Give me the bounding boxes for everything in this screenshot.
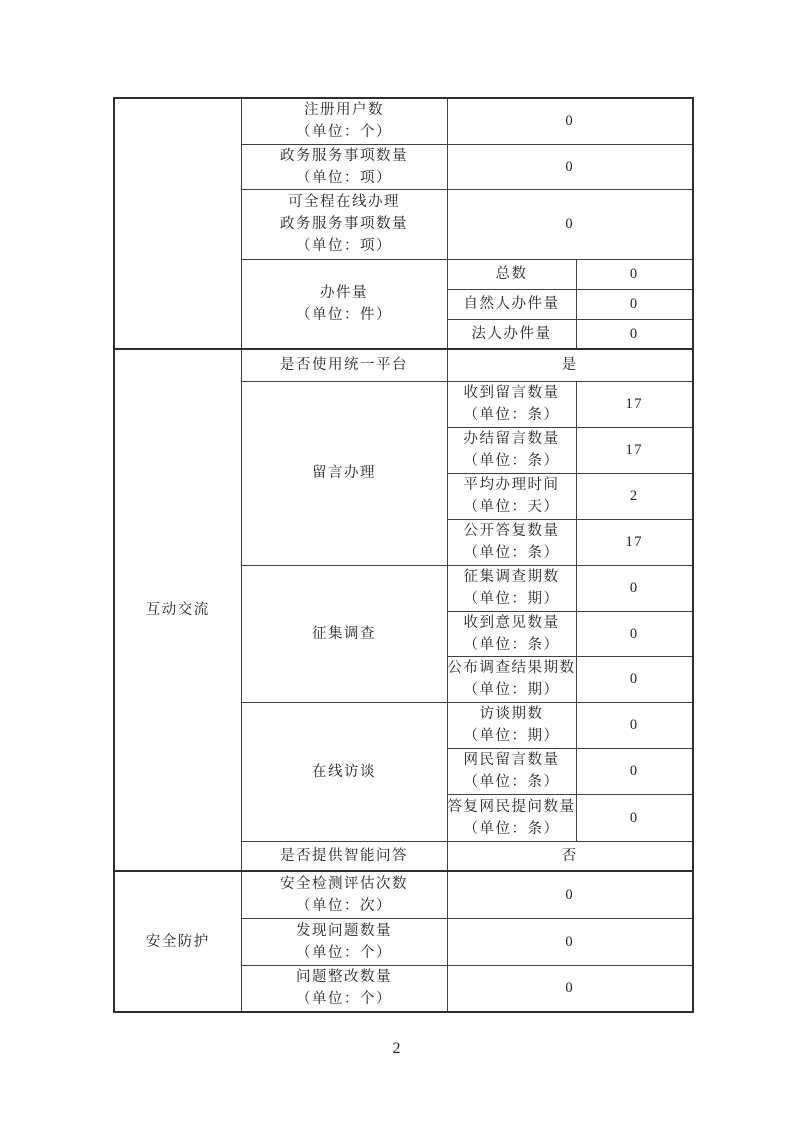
group-label-cell: 征集调查 [241,565,447,702]
submetric-label-cell: 网民留言数量 （单位：条） [447,748,576,794]
document-page: 注册用户数 （单位：个） 0 政务服务事项数量 （单位：项） 0 可全程在线办理… [0,0,793,1122]
metric-unit: （单位：天） [448,496,576,518]
metric-label-cell: 可全程在线办理 政务服务事项数量 （单位：项） [241,189,447,259]
metric-value-cell: 2 [576,473,693,519]
submetric-label-cell: 访谈期数 （单位：期） [447,702,576,748]
metric-value-cell: 0 [576,748,693,794]
metric-name: 安全检测评估次数 [242,873,447,895]
metric-label-cell: 是否提供智能问答 [241,841,447,871]
metric-unit: （单位：次） [242,895,447,917]
submetric-label-cell: 平均办理时间 （单位：天） [447,473,576,519]
metric-unit: （单位：条） [448,634,576,656]
metric-unit: （单位：项） [242,167,447,189]
metric-label-cell: 安全检测评估次数 （单位：次） [241,871,447,918]
metric-unit: （单位：个） [242,942,447,964]
group-unit: （单位：件） [242,304,447,326]
metric-unit: （单位：期） [448,588,576,610]
metric-name: 可全程在线办理 [242,191,447,213]
metric-unit: （单位：个） [242,988,447,1010]
submetric-label-cell: 法人办件量 [447,319,576,349]
page-number: 2 [0,1040,793,1058]
metric-name: 网民留言数量 [448,749,576,771]
metric-value-cell: 0 [576,259,693,289]
submetric-label-cell: 征集调查期数 （单位：期） [447,565,576,611]
metric-value-cell: 17 [576,381,693,427]
metric-label-cell: 问题整改数量 （单位：个） [241,965,447,1012]
metric-label-cell: 政务服务事项数量 （单位：项） [241,144,447,189]
group-label-cell: 留言办理 [241,381,447,565]
metric-unit: （单位：条） [448,404,576,426]
metric-value-cell: 0 [576,656,693,702]
metric-name: 答复网民提问数量 [448,796,576,818]
group-name: 办件量 [242,282,447,304]
metric-value-cell: 否 [447,841,693,871]
metric-label-cell: 发现问题数量 （单位：个） [241,918,447,965]
metric-name: 收到意见数量 [448,612,576,634]
report-table: 注册用户数 （单位：个） 0 政务服务事项数量 （单位：项） 0 可全程在线办理… [113,97,694,1013]
submetric-label-cell: 收到意见数量 （单位：条） [447,611,576,656]
metric-value-cell: 0 [447,98,693,144]
submetric-label-cell: 答复网民提问数量 （单位：条） [447,794,576,841]
section-category-cell [114,98,241,349]
metric-label-cell: 是否使用统一平台 [241,349,447,381]
metric-value-cell: 0 [447,871,693,918]
metric-value-cell: 是 [447,349,693,381]
submetric-label-cell: 总数 [447,259,576,289]
metric-unit: （单位：条） [448,542,576,564]
section-category-cell: 安全防护 [114,871,241,1012]
metric-name: 征集调查期数 [448,566,576,588]
metric-name: 政务服务事项数量 [242,213,447,235]
metric-value-cell: 0 [447,144,693,189]
metric-value-cell: 0 [576,289,693,319]
metric-unit: （单位：个） [242,121,447,143]
metric-label-cell: 注册用户数 （单位：个） [241,98,447,144]
metric-value-cell: 0 [447,918,693,965]
metric-name: 问题整改数量 [242,966,447,988]
metric-name: 访谈期数 [448,703,576,725]
metric-value-cell: 17 [576,427,693,473]
metric-value-cell: 0 [447,189,693,259]
metric-name: 平均办理时间 [448,474,576,496]
metric-value-cell: 0 [576,702,693,748]
metric-name: 办结留言数量 [448,428,576,450]
metric-unit: （单位：条） [448,771,576,793]
metric-unit: （单位：期） [448,725,576,747]
metric-name: 发现问题数量 [242,920,447,942]
metric-name: 注册用户数 [242,99,447,121]
metric-name: 政务服务事项数量 [242,145,447,167]
metric-name: 收到留言数量 [448,382,576,404]
metric-unit: （单位：条） [448,450,576,472]
submetric-label-cell: 公布调查结果期数 （单位：期） [447,656,576,702]
section-category-cell: 互动交流 [114,349,241,871]
metric-name: 公布调查结果期数 [448,657,576,679]
metric-unit: （单位：项） [242,235,447,257]
submetric-label-cell: 办结留言数量 （单位：条） [447,427,576,473]
metric-value-cell: 17 [576,519,693,565]
metric-value-cell: 0 [447,965,693,1012]
submetric-label-cell: 公开答复数量 （单位：条） [447,519,576,565]
metric-unit: （单位：期） [448,679,576,701]
metric-value-cell: 0 [576,611,693,656]
metric-name: 公开答复数量 [448,520,576,542]
group-label-cell: 在线访谈 [241,702,447,841]
metric-value-cell: 0 [576,565,693,611]
metric-unit: （单位：条） [448,818,576,840]
submetric-label-cell: 自然人办件量 [447,289,576,319]
metric-value-cell: 0 [576,794,693,841]
metric-value-cell: 0 [576,319,693,349]
submetric-label-cell: 收到留言数量 （单位：条） [447,381,576,427]
group-label-cell: 办件量 （单位：件） [241,259,447,349]
